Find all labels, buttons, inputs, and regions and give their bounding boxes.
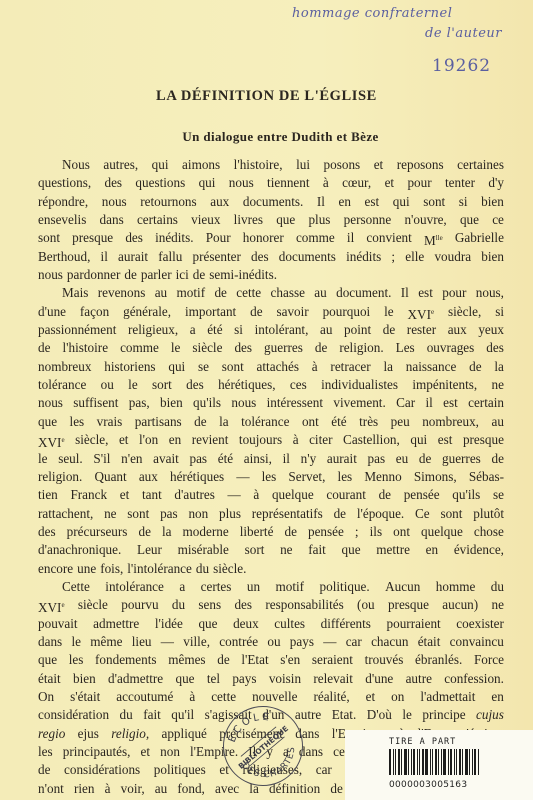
text-line: religion.Quantauxhérétiques—lesServet,le… — [38, 468, 504, 486]
text-line: étaitbiend'admettrequetelpaysvoisinrelev… — [38, 670, 504, 688]
handwritten-dedication-author: de l'auteur — [425, 26, 502, 41]
body-text: Nousautres,quiaimonsl'histoire,luiposons… — [38, 156, 504, 798]
text-line: d'anachronique.Leurmisérablesortnefaitqu… — [38, 541, 504, 559]
handwritten-dedication: hommage confraternel — [292, 6, 452, 21]
text-line: quelesvraispartisansdelatoléranceontétét… — [38, 413, 504, 431]
text-line: Nousautres,quiaimonsl'histoire,luiposons… — [38, 156, 504, 174]
text-line: répondre,nousretournonsauxdocuments.Ilen… — [38, 193, 504, 211]
text-line: pouvaitadmettrel'idéequedeuxcultesdiffér… — [38, 615, 504, 633]
label-title: TIRE A PART — [389, 737, 456, 747]
text-line: toléranceoulesortdeshérétiques,cesindivi… — [38, 376, 504, 394]
handwritten-inventory-number: 19262 — [432, 56, 491, 76]
text-line: sontpresquedesinédits.Pourhonorercommeil… — [38, 229, 504, 247]
text-line: XVIesiècle,etl'onenrevienttoujoursàciter… — [38, 431, 504, 449]
text-line: questions,desquestionsquinoustiennentàcœ… — [38, 174, 504, 192]
text-line: Cetteintoléranceacertesunmotifpolitique.… — [38, 578, 504, 596]
page-subtitle: Un dialogue entre Dudith et Bèze — [0, 129, 533, 145]
text-line: Berthoud,ilauraitfalluprésenterdesdocume… — [38, 248, 504, 266]
text-line: danslemêmelieu—ville,contréeoupays—carch… — [38, 633, 504, 651]
text-line: quelesfondementsmêmesdel'Etats'enseraien… — [38, 651, 504, 669]
text-line: rattachent,nesontpasnonplusreprésentatif… — [38, 505, 504, 523]
page-title: LA DÉFINITION DE L'ÉGLISE — [0, 88, 533, 105]
text-line: Maisrevenonsaumotifdecettechasseaudocume… — [38, 284, 504, 302]
text-line: ensevelisdanscertainsvieuxlivresqueplusp… — [38, 211, 504, 229]
barcode — [389, 749, 495, 775]
text-line: encoreunefois,l'intolérancedusiècle. — [38, 560, 504, 578]
text-line: nouspardonnerdeparlericidesemi-inédits. — [38, 266, 504, 284]
stamp-icon: ECOLE DES CHARTES BIBLIOTHÈQUE — [224, 707, 302, 785]
offprint-label: TIRE A PART 0000003005163 — [345, 730, 533, 800]
text-line: nombreuxhistoriensquisesontattachésàretr… — [38, 358, 504, 376]
text-line: passionnémentreligieux,aétésiintolérant,… — [38, 321, 504, 339]
text-line: del'histoirecommelesiècledesguerresderel… — [38, 339, 504, 357]
text-line: XVIesièclepourvudusensdesresponsabilités… — [38, 596, 504, 614]
text-line: leseul.S'iln'enavaitpasétéainsi,iln'yaur… — [38, 450, 504, 468]
barcode-number: 0000003005163 — [389, 780, 467, 790]
text-line: noussuffisentpas,bienqu'ilsnousintéresse… — [38, 394, 504, 412]
text-line: tienFranckettantd'autres—àquelquecourant… — [38, 486, 504, 504]
text-line: desprécurseursdelamodernelibertédepensée… — [38, 523, 504, 541]
text-line: Ons'étaitaccoutuméàcettenouvelleréalité,… — [38, 688, 504, 706]
library-stamp: ECOLE DES CHARTES BIBLIOTHÈQUE — [223, 706, 303, 786]
text-line: d'unefaçongénérale,importantdesavoirpour… — [38, 303, 504, 321]
